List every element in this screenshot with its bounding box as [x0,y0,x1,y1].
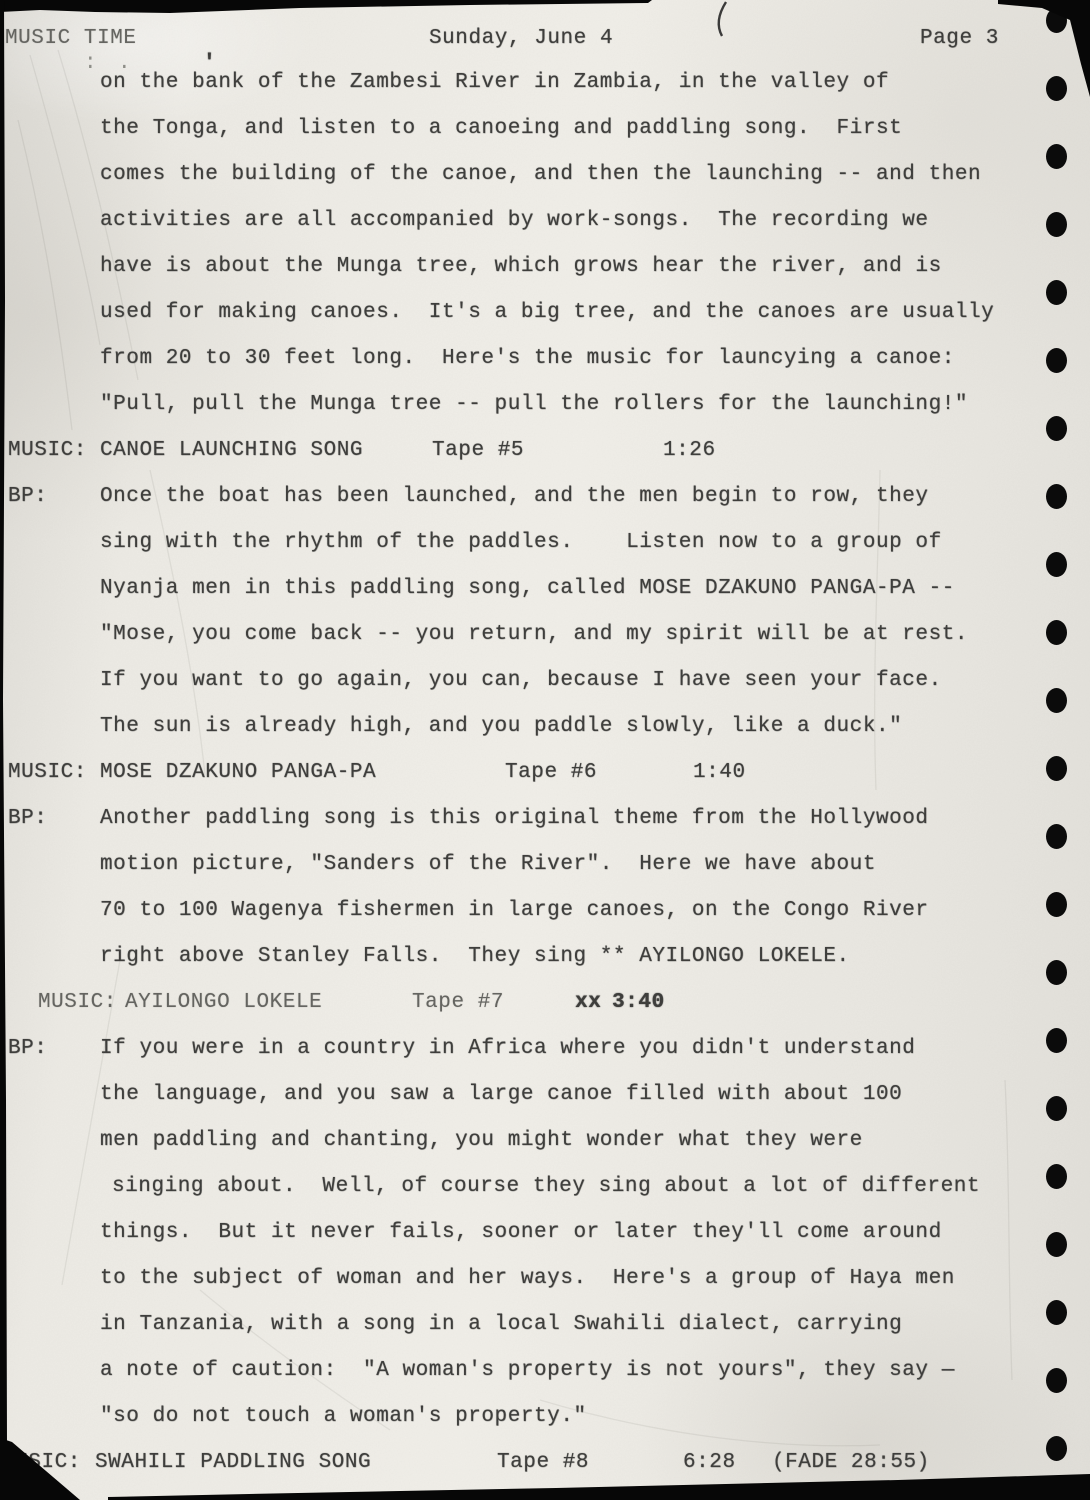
speaker-label: BP: [8,1037,47,1060]
punch-hole [1046,76,1067,101]
punch-hole [1046,756,1067,781]
script-line: Nyanja men in this paddling song, called… [0,577,1016,604]
script-line: "Mose, you come back -- you return, and … [0,623,1016,650]
punch-hole [1046,1232,1067,1257]
script-line: BP:If you were in a country in Africa wh… [0,1037,1016,1064]
punch-hole [1046,824,1067,849]
script-line: "so do not touch a woman's property." [0,1405,1016,1432]
script-line: comes the building of the canoe, and the… [0,163,1016,190]
duration: 6:28 [683,1451,736,1474]
text-segment: motion picture, "Sanders of the River". … [100,853,876,876]
punch-hole [1046,1028,1067,1053]
song-title: AYILONGO LOKELE [125,991,322,1014]
script-line: things. But it never fails, sooner or la… [0,1221,1016,1248]
music-cue: MUSIC:SWAHILI PADDLING SONGTape #86:28(F… [0,1451,1016,1478]
music-cue-label: MUSIC: [2,1451,81,1474]
music-cue-label: MUSIC: [8,761,87,784]
tape-number: Tape #8 [497,1451,589,1474]
text-segment: the language, and you saw a large canoe … [100,1083,902,1106]
punch-hole [1046,8,1067,33]
script-line: singing about. Well, of course they sing… [0,1175,1016,1202]
speaker-label: BP: [8,485,47,508]
page-header: MUSIC TIME Sunday, June 4 Page 3 [0,27,1016,54]
text-segment: right above Stanley Falls. They sing ** … [100,945,850,968]
text-segment: Another paddling song is this original t… [100,807,929,830]
duration: 3:40 [612,991,665,1014]
punch-hole [1046,348,1067,373]
text-segment: used for making canoes. It's a big tree,… [100,301,994,324]
script-line: activities are all accompanied by work-s… [0,209,1016,236]
music-cue: MUSIC:CANOE LAUNCHING SONGTape #51:26 [0,439,1016,466]
scanned-document-page: MUSIC TIME Sunday, June 4 Page 3 :.'on t… [0,0,1090,1500]
script-line: to the subject of woman and her ways. He… [0,1267,1016,1294]
script-line: right above Stanley Falls. They sing ** … [0,945,1016,972]
song-title: SWAHILI PADDLING SONG [95,1451,371,1474]
text-segment: Nyanja men in this paddling song, called… [100,577,955,600]
tape-number: Tape #6 [505,761,597,784]
punch-hole [1046,212,1067,237]
music-cue: MUSIC:AYILONGO LOKELETape #7xx3:40 [0,991,1016,1018]
text-segment: in Tanzania, with a song in a local Swah… [100,1313,902,1336]
text-segment: on the bank of the Zambesi River in Zamb… [100,71,889,94]
script-line: sing with the rhythm of the paddles. Lis… [0,531,1016,558]
script-line: BP:Another paddling song is this origina… [0,807,1016,834]
text-segment: If you were in a country in Africa where… [100,1037,915,1060]
punch-hole [1046,960,1067,985]
text-segment: comes the building of the canoe, and the… [100,163,981,186]
punch-hole [1046,892,1067,917]
text-segment: 70 to 100 Wagenya fishermen in large can… [100,899,929,922]
music-cue-label: MUSIC: [8,439,87,462]
doc-title: MUSIC TIME [5,27,137,50]
duration: 1:26 [663,439,716,462]
script-line: BP:Once the boat has been launched, and … [0,485,1016,512]
duration: 1:40 [693,761,746,784]
music-cue-label: MUSIC: [38,991,117,1014]
punch-hole [1046,144,1067,169]
text-segment: the Tonga, and listen to a canoeing and … [100,117,902,140]
text-segment: men paddling and chanting, you might won… [100,1129,863,1152]
song-title: CANOE LAUNCHING SONG [100,439,363,462]
text-segment: activities are all accompanied by work-s… [100,209,929,232]
script-line: used for making canoes. It's a big tree,… [0,301,1016,328]
text-segment: from 20 to 30 feet long. Here's the musi… [100,347,955,370]
song-title: MOSE DZAKUNO PANGA-PA [100,761,376,784]
text-segment: things. But it never fails, sooner or la… [100,1221,942,1244]
header-page-number: Page 3 [920,27,999,50]
script-line: the language, and you saw a large canoe … [0,1083,1016,1110]
script-line: from 20 to 30 feet long. Here's the musi… [0,347,1016,374]
tape-number: Tape #7 [412,991,504,1014]
text-segment: a note of caution: "A woman's property i… [100,1359,955,1382]
script-line: men paddling and chanting, you might won… [0,1129,1016,1156]
fade-time: (FADE 28:55) [772,1451,930,1474]
text-segment: "Pull, pull the Munga tree -- pull the r… [100,393,968,416]
punch-hole [1046,620,1067,645]
text-segment: singing about. Well, of course they sing… [112,1175,980,1198]
punch-hole [1046,1096,1067,1121]
strikeout-correction: xx [575,991,601,1014]
tape-number: Tape #5 [432,439,524,462]
text-segment: have is about the Munga tree, which grow… [100,255,942,278]
script-line: 70 to 100 Wagenya fishermen in large can… [0,899,1016,926]
punch-hole [1046,280,1067,305]
music-cue: MUSIC:MOSE DZAKUNO PANGA-PATape #61:40 [0,761,1016,788]
punch-hole [1046,1436,1067,1461]
speaker-label: BP: [8,807,47,830]
script-line: If you want to go again, you can, becaus… [0,669,1016,696]
text-segment: "so do not touch a woman's property." [100,1405,587,1428]
script-line: have is about the Munga tree, which grow… [0,255,1016,282]
text-segment: to the subject of woman and her ways. He… [100,1267,955,1290]
punch-hole [1046,1164,1067,1189]
punch-hole [1046,1300,1067,1325]
script-line: a note of caution: "A woman's property i… [0,1359,1016,1386]
script-line: motion picture, "Sanders of the River". … [0,853,1016,880]
text-segment: Once the boat has been launched, and the… [100,485,929,508]
script-line: on the bank of the Zambesi River in Zamb… [0,71,1016,98]
text-segment: If you want to go again, you can, becaus… [100,669,942,692]
punch-hole [1046,552,1067,577]
script-line: the Tonga, and listen to a canoeing and … [0,117,1016,144]
punch-hole [1046,416,1067,441]
script-line: in Tanzania, with a song in a local Swah… [0,1313,1016,1340]
script-line: "Pull, pull the Munga tree -- pull the r… [0,393,1016,420]
punch-hole [1046,484,1067,509]
text-segment: The sun is already high, and you paddle … [100,715,902,738]
punch-hole [1046,1368,1067,1393]
typewritten-text-layer: MUSIC TIME Sunday, June 4 Page 3 :.'on t… [0,0,1016,1500]
script-line: The sun is already high, and you paddle … [0,715,1016,742]
text-segment: sing with the rhythm of the paddles. Lis… [100,531,942,554]
text-segment: "Mose, you come back -- you return, and … [100,623,968,646]
punch-hole [1046,688,1067,713]
header-date: Sunday, June 4 [429,27,613,50]
